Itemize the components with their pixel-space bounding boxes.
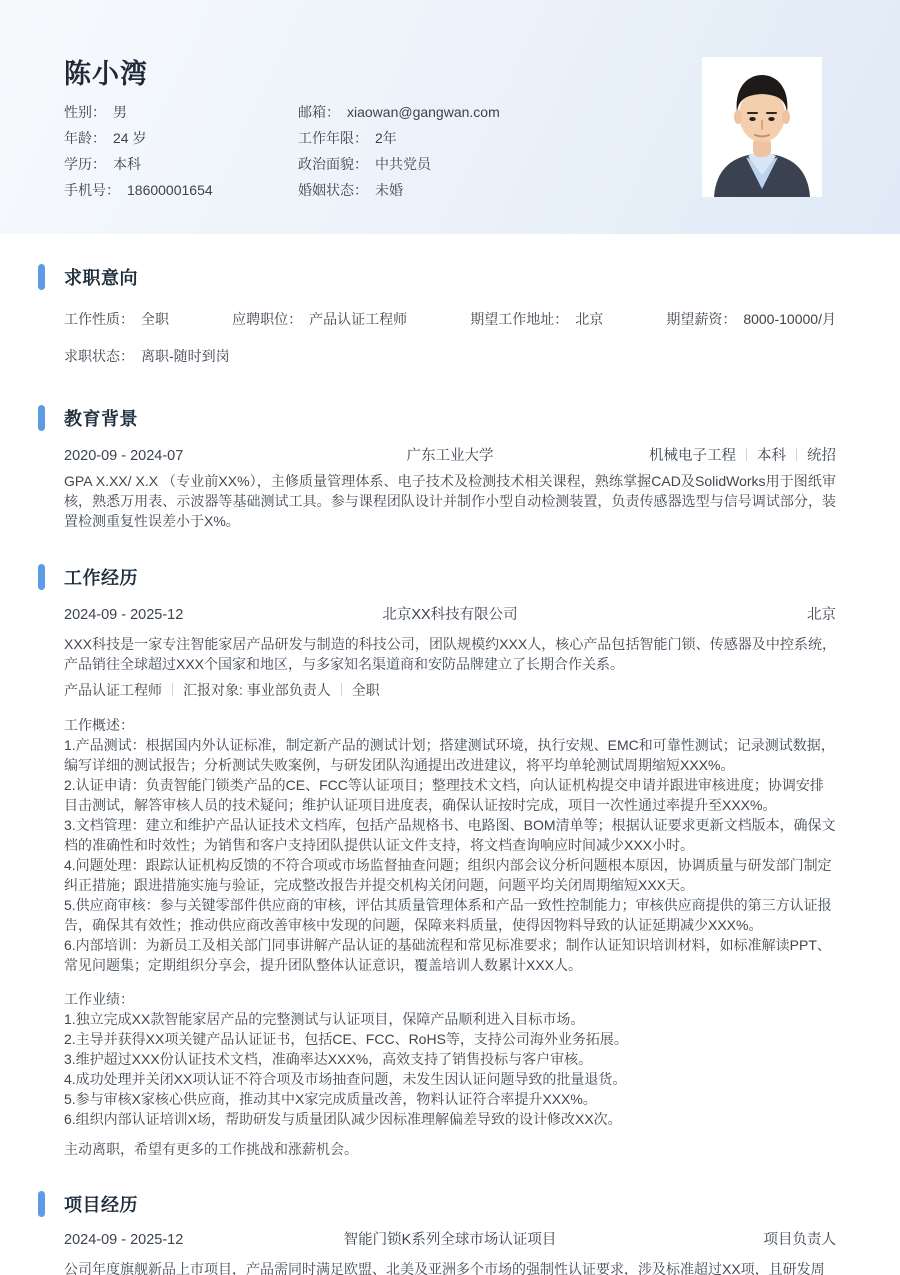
section-title: 项目经历 (64, 1191, 138, 1217)
info-degree: 学历：本科 (64, 151, 298, 177)
section-project-experience: 项目经历 2024-09 - 2025-12 智能门锁K系列全球市场认证项目 项… (64, 1191, 836, 1275)
field-target-location: 期望工作地址：北京 (470, 308, 603, 330)
info-value: 男 (113, 104, 127, 120)
field-job-nature: 工作性质：全职 (64, 308, 169, 330)
field-value: 产品认证工程师 (309, 311, 407, 327)
work-achievement-item: 5.参与审核X家核心供应商，推动其中X家完成质量改善，物料认证符合率提升XXX%… (64, 1089, 836, 1109)
field-value: 离职-随时到岗 (141, 348, 230, 364)
work-location: 北京 (606, 604, 836, 626)
work-overview-item: 6.内部培训：为新员工及相关部门同事讲解产品认证的基础流程和常见标准要求；制作认… (64, 935, 836, 975)
field-target-position: 应聘职位：产品认证工程师 (232, 308, 407, 330)
personal-info-left-column: 性别：男 年龄：24 岁 学历：本科 手机号：18600001654 (64, 99, 298, 203)
info-experience-years: 工作年限：2年 (298, 125, 500, 151)
section-heading-work: 工作经历 (64, 564, 836, 590)
field-label: 期望工作地址： (470, 311, 568, 327)
divider (172, 683, 173, 696)
info-value: 本科 (113, 156, 141, 172)
work-overview-item: 5.供应商审核：参与关键零部件供应商的审核，评估其质量管理体系和产品一致性控制能… (64, 895, 836, 935)
field-label: 工作性质： (64, 311, 134, 327)
section-accent-bar (38, 1191, 45, 1217)
work-achievement-title: 工作业绩： (64, 989, 836, 1009)
section-job-intention: 求职意向 工作性质：全职 应聘职位：产品认证工程师 期望工作地址：北京 期望薪资… (64, 264, 836, 367)
work-overview-item: 3.文档管理：建立和维护产品认证技术文档库，包括产品规格书、电路图、BOM清单等… (64, 815, 836, 855)
work-report-to: 汇报对象: 事业部负责人 (183, 682, 331, 698)
job-status-row: 求职状态：离职-随时到岗 (64, 345, 836, 367)
personal-info-right-column: 邮箱：xiaowan@gangwan.com 工作年限：2年 政治面貌：中共党员… (298, 99, 500, 203)
info-label: 工作年限： (298, 130, 368, 146)
info-age: 年龄：24 岁 (64, 125, 298, 151)
project-role: 项目负责人 (606, 1229, 836, 1251)
section-accent-bar (38, 564, 45, 590)
info-email: 邮箱：xiaowan@gangwan.com (298, 99, 500, 125)
education-school: 广东工业大学 (294, 445, 606, 467)
company-description: XXX科技是一家专注智能家居产品研发与制造的科技公司，团队规模约XXX人，核心产… (64, 634, 836, 674)
info-value: 未婚 (375, 182, 403, 198)
resume-body: 求职意向 工作性质：全职 应聘职位：产品认证工程师 期望工作地址：北京 期望薪资… (0, 264, 900, 1275)
work-achievement-item: 2.主导并获得XX项关键产品认证证书，包括CE、FCC、RoHS等，支持公司海外… (64, 1029, 836, 1049)
work-achievement-block: 工作业绩： 1.独立完成XX款智能家居产品的完整测试与认证项目，保障产品顺利进入… (64, 989, 836, 1129)
info-label: 年龄： (64, 130, 106, 146)
section-heading-job-intention: 求职意向 (64, 264, 836, 290)
education-period: 2020-09 - 2024-07 (64, 445, 294, 467)
work-overview-item: 4.问题处理：跟踪认证机构反馈的不符合项或市场监督抽查问题；组织内部会议分析问题… (64, 855, 836, 895)
work-overview-item: 2.认证申请：负责智能门锁类产品的CE、FCC等认证项目；整理技术文档，向认证机… (64, 775, 836, 815)
field-value: 8000-10000/月 (743, 311, 836, 327)
info-label: 婚姻状态： (298, 182, 368, 198)
info-gender: 性别：男 (64, 99, 298, 125)
info-value: 2年 (375, 130, 397, 146)
work-role-line: 产品认证工程师汇报对象: 事业部负责人全职 (64, 680, 836, 700)
work-period: 2024-09 - 2025-12 (64, 604, 294, 626)
work-achievement-item: 6.组织内部认证培训X场，帮助研发与质量团队减少因标准理解偏差导致的设计修改XX… (64, 1109, 836, 1129)
project-name: 智能门锁K系列全球市场认证项目 (294, 1229, 606, 1251)
work-row: 2024-09 - 2025-12 北京XX科技有限公司 北京 (64, 604, 836, 626)
field-label: 求职状态： (64, 348, 134, 364)
project-row: 2024-09 - 2025-12 智能门锁K系列全球市场认证项目 项目负责人 (64, 1229, 836, 1251)
info-label: 政治面貌： (298, 156, 368, 172)
info-political-status: 政治面貌：中共党员 (298, 151, 500, 177)
section-education: 教育背景 2020-09 - 2024-07 广东工业大学 机械电子工程本科统招… (64, 405, 836, 531)
education-degree: 本科 (757, 448, 786, 464)
education-row: 2020-09 - 2024-07 广东工业大学 机械电子工程本科统招 (64, 445, 836, 467)
leave-reason: 主动离职，希望有更多的工作挑战和涨薪机会。 (64, 1139, 836, 1159)
job-intention-row: 工作性质：全职 应聘职位：产品认证工程师 期望工作地址：北京 期望薪资：8000… (64, 308, 836, 330)
work-achievement-item: 1.独立完成XX款智能家居产品的完整测试与认证项目，保障产品顺利进入目标市场。 (64, 1009, 836, 1029)
section-accent-bar (38, 405, 45, 431)
work-achievement-item: 3.维护超过XXX份认证技术文档，准确率达XXX%，高效支持了销售投标与客户审核… (64, 1049, 836, 1069)
field-job-status: 求职状态：离职-随时到岗 (64, 348, 230, 364)
section-accent-bar (38, 264, 45, 290)
candidate-name: 陈小湾 (64, 52, 148, 91)
field-expected-salary: 期望薪资：8000-10000/月 (666, 308, 836, 330)
info-value: 24 岁 (113, 130, 146, 146)
profile-photo (702, 57, 822, 197)
info-value: 18600001654 (127, 182, 213, 198)
info-phone: 手机号：18600001654 (64, 177, 298, 203)
education-description: GPA X.XX/ X.X （专业前XX%），主修质量管理体系、电子技术及检测技… (64, 471, 836, 531)
field-label: 期望薪资： (666, 311, 736, 327)
education-meta: 机械电子工程本科统招 (606, 445, 836, 467)
section-title: 教育背景 (64, 405, 138, 431)
info-label: 性别： (64, 104, 106, 120)
info-marital-status: 婚姻状态：未婚 (298, 177, 500, 203)
personal-info: 性别：男 年龄：24 岁 学历：本科 手机号：18600001654 邮箱：xi… (64, 99, 500, 203)
section-heading-project: 项目经历 (64, 1191, 836, 1217)
work-overview-item: 1.产品测试：根据国内外认证标准，制定新产品的测试计划；搭建测试环境，执行安规、… (64, 735, 836, 775)
field-value: 全职 (141, 311, 169, 327)
education-enroll-type: 统招 (807, 448, 836, 464)
resume-header: 陈小湾 性别：男 年龄：24 岁 学历：本科 手机号：18600001654 邮… (0, 0, 900, 234)
project-description: 公司年度旗舰新品上市项目，产品需同时满足欧盟、北美及亚洲多个市场的强制性认证要求… (64, 1259, 836, 1275)
section-work-experience: 工作经历 2024-09 - 2025-12 北京XX科技有限公司 北京 XXX… (64, 564, 836, 1159)
divider (341, 683, 342, 696)
work-achievement-item: 4.成功处理并关闭XX项认证不符合项及市场抽查问题，未发生因认证问题导致的批量退… (64, 1069, 836, 1089)
work-role: 产品认证工程师 (64, 682, 162, 698)
info-value: xiaowan@gangwan.com (347, 104, 500, 120)
field-label: 应聘职位： (232, 311, 302, 327)
info-label: 邮箱： (298, 104, 340, 120)
field-value: 北京 (575, 311, 603, 327)
project-period: 2024-09 - 2025-12 (64, 1229, 294, 1251)
divider (796, 448, 797, 461)
work-overview-title: 工作概述： (64, 715, 836, 735)
info-label: 手机号： (64, 182, 120, 198)
work-job-type: 全职 (352, 682, 380, 698)
section-title: 工作经历 (64, 564, 138, 590)
work-overview-block: 工作概述： 1.产品测试：根据国内外认证标准，制定新产品的测试计划；搭建测试环境… (64, 715, 836, 975)
education-major: 机械电子工程 (649, 448, 736, 464)
info-label: 学历： (64, 156, 106, 172)
resume-page: 陈小湾 性别：男 年龄：24 岁 学历：本科 手机号：18600001654 邮… (0, 0, 900, 1275)
info-value: 中共党员 (375, 156, 431, 172)
section-title: 求职意向 (64, 264, 138, 290)
divider (746, 448, 747, 461)
work-company: 北京XX科技有限公司 (294, 604, 606, 626)
section-heading-education: 教育背景 (64, 405, 836, 431)
